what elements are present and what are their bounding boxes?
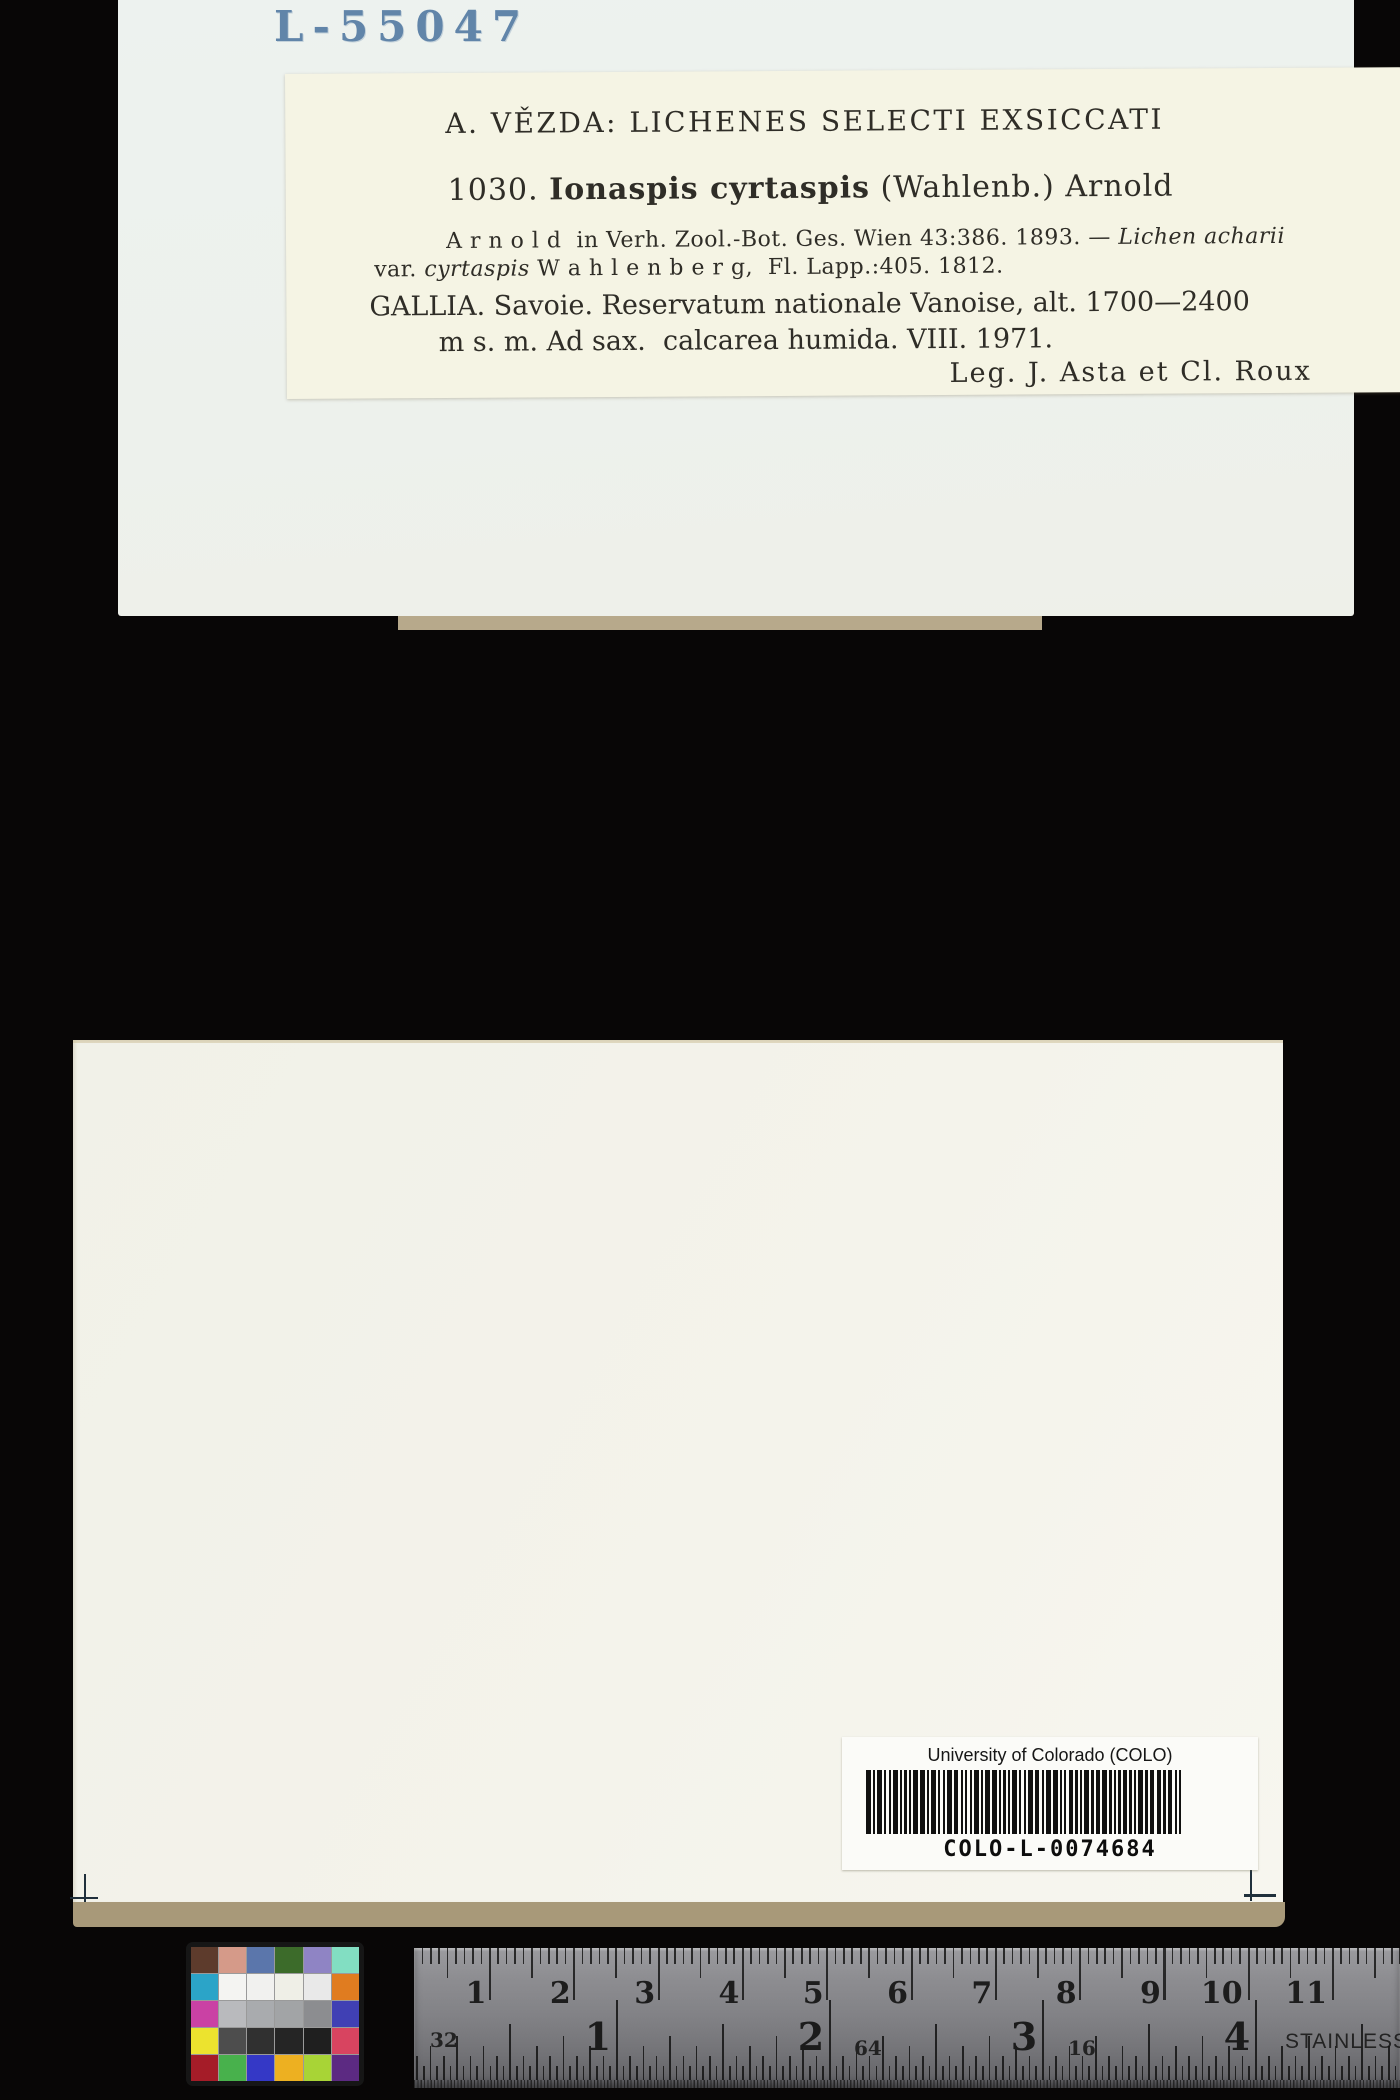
color-chart-cell: [219, 1947, 246, 1973]
ruler-tick: [826, 1948, 828, 2000]
ruler-tick: [556, 2066, 558, 2080]
ruler-cm-number: 3: [634, 1976, 655, 2011]
ruler-tick: [582, 1948, 584, 1964]
top-card: L-55047 A. VĚZDA: LICHENES SELECTI EXSIC…: [118, 0, 1354, 616]
ruler-tick: [1222, 2066, 1224, 2080]
ruler-fraction-label: 16: [1068, 2036, 1096, 2060]
ruler-tick: [1045, 1948, 1047, 1964]
ruler-tick: [443, 2056, 445, 2080]
ruler-tick: [1273, 1948, 1275, 1964]
ruler-tick: [1383, 1948, 1385, 1964]
ruler-tick: [489, 1948, 491, 2000]
ruler-tick: [995, 2066, 997, 2080]
ruler-tick: [683, 1948, 685, 1964]
barcode-bar: [889, 1770, 891, 1834]
barcode-bar: [1179, 1770, 1181, 1834]
ruler-cm-number: 4: [719, 1976, 740, 2011]
ruler-tick: [784, 1948, 786, 1978]
barcode-bar: [1168, 1770, 1173, 1834]
barcode-bar: [992, 1770, 997, 1834]
ruler-tick: [1155, 1948, 1157, 1964]
color-chart-cell: [247, 2001, 274, 2027]
institution-name: University of Colorado (COLO): [842, 1745, 1258, 1766]
ruler-tick: [1391, 1948, 1393, 1964]
ruler-tick: [1049, 2066, 1051, 2080]
citation-line-2: var. cyrtaspis W a h l e n b e r g, Fl. …: [374, 254, 1004, 283]
color-chart-cell: [304, 1974, 331, 2000]
ruler-tick: [1088, 1948, 1090, 1964]
barcode-bar: [900, 1770, 902, 1834]
ruler-tick: [885, 1948, 887, 1964]
ruler-tick: [676, 2066, 678, 2080]
color-chart-cell: [247, 2028, 274, 2054]
ruler-tick: [702, 2066, 704, 2080]
ruler-tick: [497, 1948, 499, 1964]
ruler-tick: [1231, 1948, 1233, 1964]
citation-epithet: cyrtaspis: [424, 257, 530, 283]
ruler-tick: [1321, 2056, 1323, 2080]
barcode: [866, 1770, 1198, 1834]
ruler-tick: [842, 2056, 844, 2080]
ruler-tick: [596, 2066, 598, 2080]
ruler-tick: [623, 2066, 625, 2080]
ruler-tick: [1332, 1948, 1334, 2000]
barcode-bar: [893, 1770, 898, 1834]
ruler-tick: [789, 2056, 791, 2080]
locality-line-1: GALLIA. Savoie. Reservatum nationale Van…: [369, 286, 1250, 322]
barcode-bar: [1150, 1770, 1155, 1834]
registration-mark-right: [1244, 1894, 1276, 1897]
ruler-tick: [490, 2066, 492, 2080]
ruler-tick: [1062, 2066, 1064, 2080]
ruler-tick: [1290, 1948, 1292, 1978]
ruler-tick: [556, 1948, 558, 1964]
ruler-tick: [936, 1948, 938, 1964]
ruler-tick: [430, 1948, 432, 1964]
locality-line-2: m s. m. Ad sax. calcarea humida. VIII. 1…: [439, 323, 1054, 358]
barcode-bar: [943, 1770, 945, 1834]
ruler-tick: [615, 1948, 617, 1978]
ruler-tick: [509, 2024, 511, 2080]
ruler-tick: [1197, 1948, 1199, 1964]
ruler-tick: [583, 2066, 585, 2080]
ruler-tick: [1206, 1948, 1208, 1978]
ruler-tick: [1288, 2066, 1290, 2080]
citation-basionym: Lichen acharii: [1118, 224, 1285, 250]
ruler-tick: [1113, 1948, 1115, 1964]
ruler-tick: [742, 2066, 744, 2080]
ruler-tick: [818, 1948, 820, 1964]
ruler-tick: [1308, 2036, 1310, 2080]
barcode-bar: [1084, 1770, 1089, 1834]
ruler-tick: [696, 2046, 698, 2080]
barcode-bar: [873, 1770, 875, 1834]
ruler-tick: [1301, 2066, 1303, 2080]
ruler-tick: [1168, 2066, 1170, 2080]
species-name: Ionaspis cyrtaspis: [549, 170, 870, 207]
ruler-tick: [636, 2066, 638, 2080]
barcode-bar: [965, 1770, 967, 1834]
barcode-bar: [1129, 1770, 1131, 1834]
ruler-tick: [1349, 1948, 1351, 1964]
ruler-tick: [1374, 1948, 1376, 1978]
ruler-tick: [935, 2024, 937, 2080]
barcode-bar: [938, 1770, 940, 1834]
ruler-tick: [970, 1948, 972, 1964]
barcode-bar: [1008, 1770, 1010, 1834]
barcode-bar: [1163, 1770, 1165, 1834]
ruler-tick: [1002, 2056, 1004, 2080]
ruler-tick: [982, 2066, 984, 2080]
ruler-tick: [1328, 2066, 1330, 2080]
ruler-64th-ticks: [414, 2080, 1400, 2088]
ruler-tick: [889, 2066, 891, 2080]
barcode-bar: [1080, 1770, 1082, 1834]
barcode-bar: [999, 1770, 1001, 1834]
color-chart-cell: [332, 2028, 359, 2054]
barcode-bar: [1109, 1770, 1111, 1834]
ruler-tick: [836, 2066, 838, 2080]
ruler-tick: [1388, 2046, 1390, 2080]
ruler-inch-number: 4: [1224, 2014, 1250, 2059]
ruler-tick: [1275, 2066, 1277, 2080]
specimen-photograph: L-55047 A. VĚZDA: LICHENES SELECTI EXSIC…: [0, 0, 1400, 2100]
barcode-bar: [1134, 1770, 1136, 1834]
ruler-tick: [548, 1948, 550, 1964]
ruler-tick: [1138, 1948, 1140, 1964]
color-chart-cell: [247, 2055, 274, 2081]
ruler-tick: [1248, 2066, 1250, 2080]
ruler-tick: [1295, 2056, 1297, 2080]
ruler-tick: [986, 1948, 988, 1964]
ruler-cm-number: 5: [803, 1976, 824, 2011]
barcode-bar: [1069, 1770, 1074, 1834]
ruler-tick: [927, 1948, 929, 1964]
ruler-tick: [1042, 2000, 1044, 2080]
ruler-tick: [691, 1948, 693, 1964]
ruler-tick: [506, 1948, 508, 1964]
ruler-tick: [1281, 1948, 1283, 1964]
color-chart-cell: [304, 2001, 331, 2027]
ruler-tick: [942, 2066, 944, 2080]
barcode-bar: [866, 1770, 871, 1834]
ruler-tick: [902, 1948, 904, 1964]
barcode-bar: [1091, 1770, 1093, 1834]
ruler-tick: [483, 2046, 485, 2080]
citation-reference: W a h l e n b e r g, Fl. Lapp.:405. 1812…: [530, 254, 1004, 282]
ruler-tick: [663, 2066, 665, 2080]
ruler-tick: [1248, 1948, 1250, 2000]
ruler-tick: [1055, 2056, 1057, 2080]
ruler-tick: [1315, 2066, 1317, 2080]
color-chart-cell: [332, 2001, 359, 2027]
ruler-tick: [543, 2066, 545, 2080]
barcode-bar: [931, 1770, 936, 1834]
color-chart-cell: [191, 1974, 218, 2000]
ruler-tick: [1366, 1948, 1368, 1964]
ruler-tick: [590, 1948, 592, 1964]
ruler-cm-number: 9: [1140, 1976, 1161, 2011]
ruler-tick: [915, 2066, 917, 2080]
barcode-bar: [1175, 1770, 1177, 1834]
ruler-tick: [1029, 1948, 1031, 1964]
barcode-bar: [1035, 1770, 1040, 1834]
ruler-tick: [709, 2056, 711, 2080]
ruler-cm-number: 11: [1285, 1976, 1327, 2011]
citation-line-1: A r n o l d in Verh. Zool.-Bot. Ges. Wie…: [446, 224, 1285, 254]
barcode-bar: [961, 1770, 963, 1834]
ruler-tick: [1375, 2056, 1377, 2080]
ruler-tick: [1172, 1948, 1174, 1964]
ruler-tick: [503, 2066, 505, 2080]
specimen-label: A. VĚZDA: LICHENES SELECTI EXSICCATI 103…: [285, 67, 1400, 399]
barcode-bar: [913, 1770, 918, 1834]
ruler-tick: [1341, 2066, 1343, 2080]
ruler-tick: [750, 1948, 752, 1964]
color-chart-cell: [275, 2001, 302, 2027]
ruler-tick: [607, 1948, 609, 1964]
ruler-tick: [860, 1948, 862, 1964]
ruler-tick: [1188, 2056, 1190, 2080]
color-calibration-chart: [186, 1942, 364, 2086]
ruler-tick: [722, 2024, 724, 2080]
ruler-tick: [1054, 1948, 1056, 1964]
ruler-tick: [736, 2056, 738, 2080]
ruler-tick: [975, 2056, 977, 2080]
ruler-tick: [576, 2056, 578, 2080]
barcode-bar: [1003, 1770, 1005, 1834]
ruler-tick: [749, 2046, 751, 2080]
color-chart-cell: [219, 1974, 246, 2000]
barcode-bar: [920, 1770, 925, 1834]
ruler-tick: [1281, 2046, 1283, 2080]
ruler-tick: [809, 2066, 811, 2080]
ruler-tick: [1096, 1948, 1098, 1964]
barcode-bar: [1046, 1770, 1051, 1834]
ruler-tick: [955, 2066, 957, 2080]
barcode-bar: [1138, 1770, 1143, 1834]
ruler-tick: [882, 2036, 884, 2080]
ruler-tick: [689, 2066, 691, 2080]
ruler-tick: [1214, 1948, 1216, 1964]
ruler-tick: [919, 1948, 921, 1964]
species-number: 1030.: [448, 172, 550, 208]
barcode-bar: [884, 1770, 886, 1834]
ruler-tick: [1062, 1948, 1064, 1964]
barcode-bar: [904, 1770, 906, 1834]
ruler-tick: [1348, 2056, 1350, 2080]
ruler-tick: [641, 1948, 643, 1964]
color-chart-cell: [247, 1974, 274, 2000]
barcode-bar: [985, 1770, 990, 1834]
barcode-bar: [1145, 1770, 1147, 1834]
ruler-cm-number: 2: [550, 1976, 571, 2011]
exsiccata-series-title: A. VĚZDA: LICHENES SELECTI EXSICCATI: [445, 103, 1164, 140]
ruler-tick: [674, 1948, 676, 1964]
ruler-tick: [1102, 2066, 1104, 2080]
ruler-tick: [476, 2066, 478, 2080]
barcode-bar: [1019, 1770, 1021, 1834]
color-chart-cell: [191, 2028, 218, 2054]
color-chart-cell: [247, 1947, 274, 1973]
ruler-tick: [422, 1948, 424, 1964]
ruler-fraction-label: 32: [430, 2028, 458, 2052]
ruler-tick: [1108, 2056, 1110, 2080]
color-chart-cell: [219, 2001, 246, 2027]
ruler-tick: [769, 2066, 771, 2080]
ruler-tick: [1022, 2066, 1024, 2080]
ruler-tick: [516, 2066, 518, 2080]
color-chart-cell: [304, 2055, 331, 2081]
ruler-tick: [1182, 2066, 1184, 2080]
ruler-tick: [1071, 1948, 1073, 1964]
ruler-tick: [436, 2066, 438, 2080]
ruler-tick: [1242, 2056, 1244, 2080]
barcode-bar: [1075, 1770, 1077, 1834]
ruler-tick: [573, 1948, 575, 2000]
ruler-tick: [1222, 1948, 1224, 1964]
ruler-tick: [1148, 2024, 1150, 2080]
ruler-tick: [540, 1948, 542, 1964]
ruler-tick: [514, 1948, 516, 1964]
ruler-tick: [1035, 2066, 1037, 2080]
ruler-tick: [801, 1948, 803, 1964]
barcode-bar: [1028, 1770, 1033, 1834]
barcode-bar: [1060, 1770, 1062, 1834]
ruler-tick: [563, 2036, 565, 2080]
ruler-tick: [523, 2056, 525, 2080]
ruler-tick: [792, 1948, 794, 1964]
ruler-tick: [599, 1948, 601, 1964]
ruler-tick: [843, 1948, 845, 1964]
ruler-fraction-label: 64: [854, 2036, 882, 2060]
ruler-tick: [949, 2056, 951, 2080]
ruler-tick: [782, 2066, 784, 2080]
ruler-tick: [700, 1948, 702, 1978]
ruler-tick: [851, 1948, 853, 1964]
ruler-tick: [629, 2056, 631, 2080]
barcode-bar: [1118, 1770, 1120, 1834]
barcode-bar: [927, 1770, 929, 1834]
ruler-tick: [450, 2066, 452, 2080]
ruler-tick: [796, 2066, 798, 2080]
ruler-tick: [995, 1948, 997, 2000]
ruler-tick: [423, 2066, 425, 2080]
ruler-tick: [1239, 1948, 1241, 1964]
ruler-tick: [1142, 2066, 1144, 2080]
ruler-tick: [894, 1948, 896, 1964]
registration-mark-left: [70, 1897, 98, 1899]
ruler-tick: [962, 2046, 964, 2080]
ruler-tick: [849, 2066, 851, 2080]
ruler-tick: [876, 2066, 878, 2080]
ruler-cm-number: 6: [887, 1976, 908, 2011]
ruler-tick: [1175, 2046, 1177, 2080]
barcode-bar: [1024, 1770, 1026, 1834]
barcode-bar: [877, 1770, 882, 1834]
barcode-bar: [970, 1770, 972, 1834]
ruler-tick: [1020, 1948, 1022, 1964]
color-chart-cell: [219, 2028, 246, 2054]
ruler-tick: [1088, 2066, 1090, 2080]
ruler-tick: [523, 1948, 525, 1964]
color-chart-grid: [191, 1947, 359, 2081]
ruler-tick: [455, 1948, 457, 1964]
ruler-tick: [447, 1948, 449, 1978]
barcode-bar: [1064, 1770, 1066, 1834]
ruler-tick: [658, 1948, 660, 2000]
ruler-tick: [464, 1948, 466, 1964]
ruler-tick: [1355, 2066, 1357, 2080]
barcode-bar: [1042, 1770, 1044, 1834]
ruler-cm-number: 10: [1201, 1976, 1243, 2011]
ruler-tick: [1121, 1948, 1123, 1978]
ruler-tick: [822, 2066, 824, 2080]
ruler-tick: [1163, 1948, 1165, 2000]
barcode-bar: [974, 1770, 979, 1834]
color-chart-cell: [332, 1947, 359, 1973]
barcode-label: University of Colorado (COLO) COLO-L-007…: [842, 1737, 1258, 1870]
ruler-tick: [961, 1948, 963, 1964]
metal-ruler: STAINLESS STE 12345678910111234326416: [414, 1948, 1400, 2088]
ruler-tick: [1340, 1948, 1342, 1964]
ruler-tick: [733, 1948, 735, 1964]
ruler-tick: [742, 1948, 744, 2000]
ruler-tick: [1079, 1948, 1081, 2000]
ruler-tick: [989, 2036, 991, 2080]
ruler-tick: [531, 1948, 533, 1978]
ruler-tick: [1261, 2066, 1263, 2080]
ruler-tick: [1009, 2066, 1011, 2080]
ruler-tick: [829, 2000, 831, 2080]
ruler-tick: [969, 2066, 971, 2080]
ruler-tick: [1162, 2056, 1164, 2080]
ruler-tick: [481, 1948, 483, 1964]
ruler-tick: [708, 1948, 710, 1964]
color-chart-cell: [275, 1947, 302, 1973]
ruler-tick: [902, 2066, 904, 2080]
ruler-tick: [529, 2066, 531, 2080]
ruler-tick: [1189, 1948, 1191, 1964]
ruler-tick: [1012, 1948, 1014, 1964]
color-chart-cell: [191, 2001, 218, 2027]
barcode-bar: [1096, 1770, 1101, 1834]
ruler-tick: [1155, 2066, 1157, 2080]
citation-roman: A r n o l d in Verh. Zool.-Bot. Ges. Wie…: [446, 225, 1118, 254]
citation-var: var.: [374, 257, 424, 282]
ruler-cm-number: 1: [466, 1976, 487, 2011]
ruler-tick: [472, 1948, 474, 1964]
barcode-bar: [954, 1770, 959, 1834]
barcode-bar: [909, 1770, 911, 1834]
ruler-tick: [809, 1948, 811, 1964]
ruler-tick: [463, 2066, 465, 2080]
accession-number-stamp: L-55047: [274, 2, 530, 51]
ruler-tick: [1208, 2066, 1210, 2080]
ruler-tick: [1029, 2056, 1031, 2080]
ruler-tick: [438, 1948, 440, 1964]
color-chart-cell: [219, 2055, 246, 2081]
ruler-tick: [716, 2066, 718, 2080]
ruler-tick: [816, 2056, 818, 2080]
barcode-bar: [947, 1770, 952, 1834]
species-authority: (Wahlenb.) Arnold: [870, 169, 1174, 206]
ruler-tick: [1361, 2024, 1363, 2080]
ruler-tick: [565, 1948, 567, 1964]
ruler-tick: [729, 2066, 731, 2080]
ruler-tick: [643, 2046, 645, 2080]
ruler-tick: [1104, 1948, 1106, 1964]
